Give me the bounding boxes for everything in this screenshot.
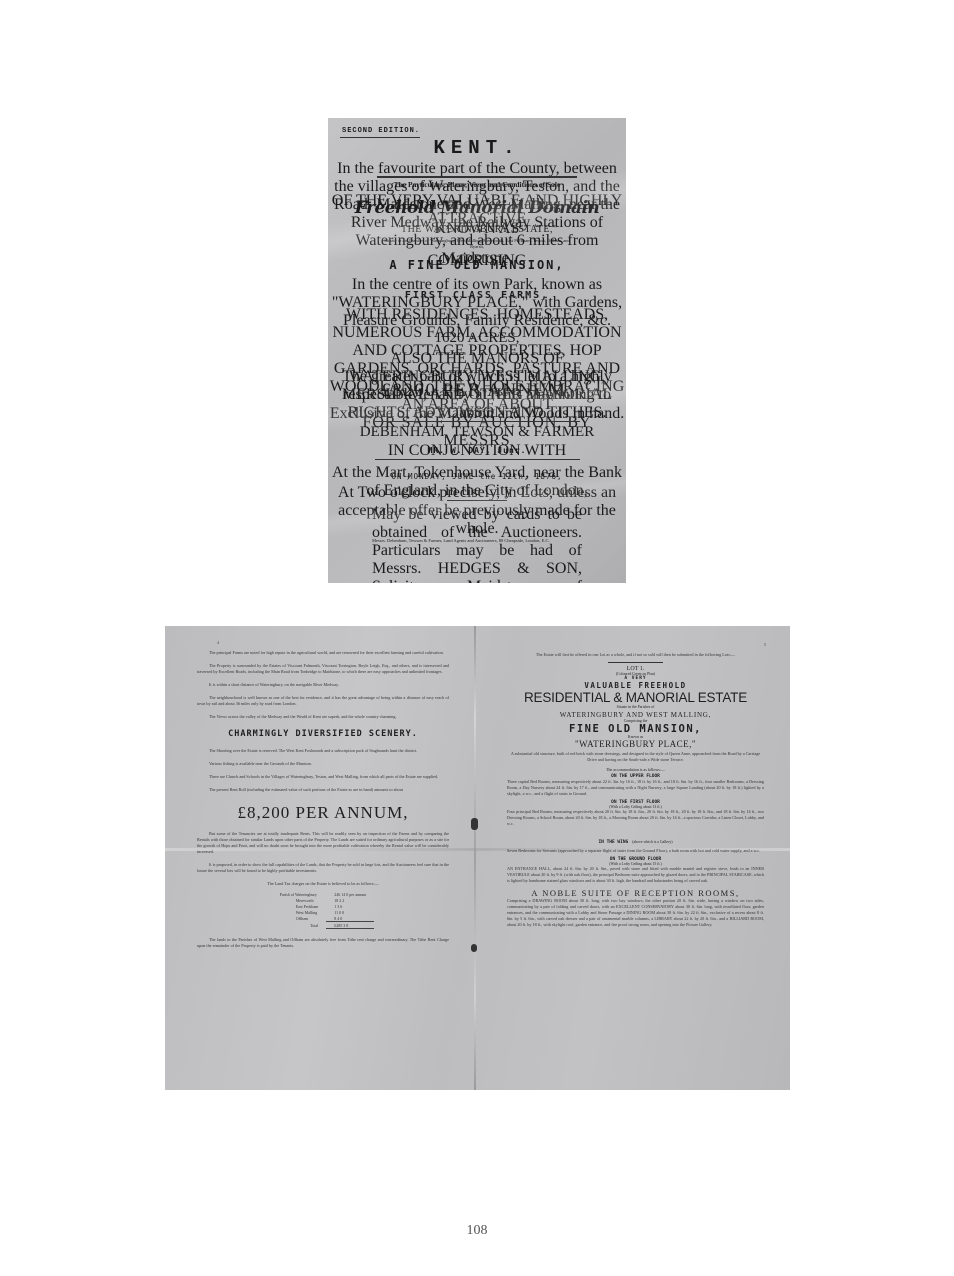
mansion-heading: A FINE OLD MANSION, — [328, 258, 626, 272]
domain-title: Freehold Manorial Domain — [328, 198, 626, 218]
paragraph: The lands in the Parishes of West Mallin… — [183, 937, 463, 949]
accommodation-label: The accommodation is as follows:— — [493, 767, 778, 772]
wing-subheading: (above which is a Gallery) — [632, 840, 672, 844]
left-page: 4 The principal Farms are noted for high… — [183, 626, 463, 1090]
paragraph: It is within a short distance of Waterin… — [183, 682, 463, 688]
page-number-footer: 108 — [0, 1223, 954, 1239]
paragraph: The Shooting over the Estate is reserved… — [183, 748, 463, 754]
place-name: "WATERINGBURY PLACE," — [493, 739, 778, 749]
reception-description: Comprising a DRAWING ROOM about 30 ft. l… — [493, 898, 778, 928]
edition-label: SECOND EDITION. — [342, 127, 420, 135]
table-total-row: Total£285 3 8 — [272, 922, 375, 929]
upper-floor-description: Three capital Bed Rooms, measuring respe… — [493, 779, 778, 797]
paragraph: The Land Tax charges on the Estate is be… — [183, 881, 463, 887]
staple-icon — [471, 818, 478, 830]
scenery-heading: CHARMINGLY DIVERSIFIED SCENERY. — [183, 729, 463, 739]
reception-heading: A NOBLE SUITE OF RECEPTION ROOMS, — [493, 888, 778, 898]
first-floor-description: Four principal Bed Rooms, measuring resp… — [493, 809, 778, 827]
wing-description: Seven Bedrooms for Servants (approached … — [493, 848, 778, 854]
center-fold — [474, 626, 476, 1090]
paragraph: The present Rent Roll (including the est… — [183, 787, 463, 793]
staple-icon — [471, 944, 477, 952]
acres-heading: 1620 ACRES, — [328, 330, 626, 347]
valuable-freehold-label: VALUABLE FREEHOLD — [493, 681, 778, 690]
estate-name: "THE WATERINGBURY ESTATE," — [328, 224, 626, 235]
auctioneers-name: DEBENHAM, TEWSON & FARMER — [328, 424, 626, 441]
divider — [328, 176, 626, 178]
paragraph: The neighbourhood is well known as one o… — [183, 695, 463, 707]
intro-text: The Estate will first be offered in one … — [493, 652, 778, 658]
parishes-heading: WATERINGBURY AND WEST MALLING, — [493, 711, 778, 719]
paragraph: Various fishing is available near the Gr… — [183, 761, 463, 767]
auctioneer-address: Messrs. Debenham, Tewson & Farmer, Land … — [328, 538, 626, 543]
paragraph: But some of the Tenancies are at totally… — [183, 831, 463, 855]
co-auctioneer-name: MR. W. DAY, Junr. — [328, 446, 626, 455]
county-title: KENT. — [328, 137, 626, 159]
page-number: 5 — [764, 642, 766, 647]
situate-label: Situate in the Parishes of — [493, 705, 778, 709]
right-page: 5 The Estate will first be offered in on… — [493, 626, 778, 1090]
divider — [328, 459, 626, 460]
paragraph: The Property is surrounded by the Estate… — [183, 663, 463, 675]
paragraph: The principal Farms are noted for high r… — [183, 650, 463, 656]
land-tax-table: Parish of Wateringbury246 14 0 per annum… — [272, 891, 375, 929]
rental-heading: £8,200 PER ANNUM, — [183, 803, 463, 823]
farms-heading: FIRST CLASS FARMS, — [328, 290, 626, 301]
divider — [608, 662, 663, 663]
brochure-spread-photo: 4 The principal Farms are noted for high… — [165, 626, 790, 1090]
estate-title: RESIDENTIAL & MANORIAL ESTATE — [493, 690, 778, 705]
mansion-heading: FINE OLD MANSION, — [493, 723, 778, 735]
sale-poster-photo: SECOND EDITION. KENT. In the favourite p… — [328, 118, 626, 583]
particulars-note: May be viewed by cards to be obtained of… — [328, 506, 626, 583]
wing-heading: IN THE WING — [598, 840, 628, 845]
auction-date: ON MONDAY, JUNE the 12th, 1876, — [328, 472, 626, 481]
paragraph: The Views across the valley of the Medwa… — [183, 714, 463, 720]
particulars-heading: The Particulars, Plans, View, and Condit… — [328, 180, 626, 189]
page-number: 4 — [217, 640, 219, 645]
situate-text: Situate in the Parishes of Wateringbury,… — [328, 238, 626, 250]
paragraph: It is proposed, in order to show the ful… — [183, 862, 463, 874]
divider — [328, 421, 626, 422]
rental-heading: £8200 PER ANNUM, — [328, 380, 626, 402]
divider — [328, 500, 626, 501]
mansion-description: A substantial old structure, built of re… — [493, 751, 778, 763]
ground-floor-description: AN ENTRANCE HALL, about 24 ft. 6in. by 2… — [493, 866, 778, 884]
paragraph: There are Church and Schools in the Vill… — [183, 774, 463, 780]
